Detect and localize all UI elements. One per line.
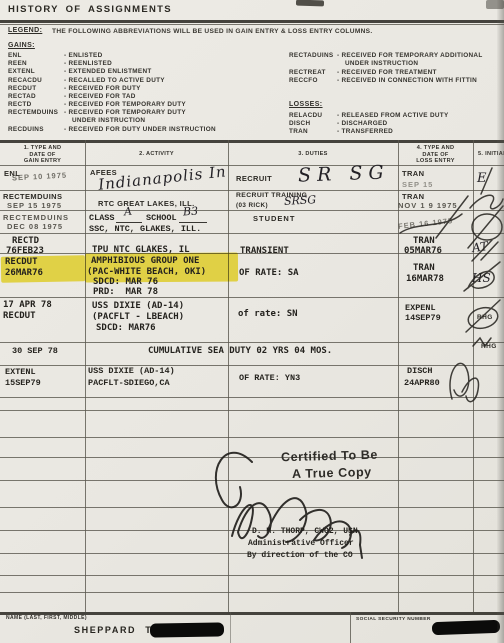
initials-stamp: RHG [477, 314, 493, 321]
rule-horizontal [0, 457, 504, 458]
gain-type: RECDUT [3, 311, 36, 321]
legend-desc: - EXTENDED ENLISTMENT [64, 68, 152, 75]
activity-detail: SDCD: MAR 76 [93, 277, 158, 287]
rule-vertical [85, 140, 86, 612]
activity: USS DIXIE (AD-14) [88, 366, 175, 376]
losses-heading: LOSSES: [289, 101, 323, 108]
legend-desc: UNDER INSTRUCTION [72, 117, 145, 124]
scanned-document: HISTORY OF ASSIGNMENTS LEGEND: THE FOLLO… [0, 0, 504, 643]
handwritten-school: B3 [183, 204, 199, 218]
legend-desc: - RECEIVED FOR TEMPORARY DUTY [64, 101, 186, 108]
certified-stamp-line2: A True Copy [292, 465, 372, 481]
ssn-label: SOCIAL SECURITY NUMBER [356, 617, 431, 622]
legend-abbr: RECTAD [8, 93, 36, 100]
duties: OF RATE: SA [239, 268, 299, 278]
redaction-bar-ssn [432, 620, 500, 635]
handwritten-class: A [123, 205, 132, 219]
rule-horizontal [0, 24, 504, 25]
col-header-gain-entry: GAIN ENTRY [0, 158, 85, 164]
rule-horizontal [0, 410, 504, 411]
legend-abbr: DISCH [289, 120, 310, 127]
col-header-loss-entry: LOSS ENTRY [398, 158, 473, 164]
legend-desc: - RECEIVED FOR DUTY [64, 85, 141, 92]
activity-class-label: CLASS [89, 213, 115, 223]
gain-type: RECTD [12, 236, 39, 246]
col-header-gain-entry: 1. TYPE AND [0, 145, 85, 151]
activity-school-label: SCHOOL [146, 213, 177, 223]
legend-abbr: RECDUT [8, 85, 36, 92]
gain-type: RECDUT [5, 257, 38, 267]
duties: RECRUIT [236, 174, 272, 183]
legend-abbr: RECTD [8, 101, 32, 108]
initials-handwritten: AT [471, 239, 489, 255]
rule-horizontal [0, 140, 504, 143]
duties-detail: (03 RICK) [236, 202, 268, 209]
redaction-bar-name [150, 622, 224, 637]
gain-date: 30 SEP 78 [12, 346, 58, 356]
certifying-authority: By direction of the CO [247, 551, 353, 560]
legend-abbr: RECCFO [289, 77, 318, 84]
loss-type: TRAN [402, 169, 424, 178]
date-stamp: NOV 1 9 1975 [398, 201, 458, 210]
cumulative-sea-duty-note: CUMULATIVE SEA DUTY 02 YRS 04 MOS. [148, 346, 332, 356]
legend-desc: - DISCHARGED [337, 120, 387, 127]
rule-horizontal [0, 507, 504, 508]
legend-desc: - TRANSFERRED [337, 128, 393, 135]
col-header-duties: 3. DUTIES [228, 151, 398, 157]
scan-smudge [296, 0, 324, 6]
col-header-activity: 2. ACTIVITY [85, 151, 228, 157]
gain-date: 15SEP79 [5, 378, 41, 388]
signature-row8 [450, 363, 469, 399]
scan-smudge-corner [486, 0, 504, 9]
rule-horizontal [0, 297, 504, 298]
rule-horizontal [0, 233, 504, 234]
loss-date: 05MAR76 [404, 246, 442, 256]
rule-horizontal [0, 592, 504, 593]
rule-horizontal [0, 165, 504, 166]
initials-stamp: RHG [481, 343, 497, 350]
rule-horizontal [0, 190, 504, 191]
activity-detail: SDCD: MAR76 [96, 323, 156, 333]
legend-desc: - RELEASED FROM ACTIVE DUTY [337, 112, 449, 119]
loss-type: TRAN [413, 236, 435, 246]
date-stamp: SEP 15 [402, 180, 433, 189]
rule-vertical [350, 612, 351, 643]
duties: STUDENT [253, 214, 295, 223]
loss-type: TRAN [413, 263, 435, 273]
activity: (PAC-WHITE BEACH, OKI) [87, 267, 206, 277]
legend-note: THE FOLLOWING ABBREVIATIONS WILL BE USED… [52, 28, 373, 35]
certifying-officer-name: D. M. THORP, CWO2, USN [252, 527, 358, 536]
legend-abbr: RECDUINS [8, 126, 44, 133]
date-stamp: SEP 15 1975 [7, 201, 62, 210]
legend-abbr: RECTADUINS [289, 52, 333, 59]
legend-desc: - RECALLED TO ACTIVE DUTY [64, 77, 165, 84]
certifying-officer-role: Administrative Officer [248, 539, 354, 548]
legend-abbr: RECTEMDUINS [8, 109, 58, 116]
handwritten-duties: SRSG [284, 193, 317, 208]
legend-desc: - REENLISTED [64, 60, 112, 67]
handwritten-duties: SR SG [298, 161, 390, 186]
activity: SSC, NTC, GLAKES, ILL. [89, 224, 201, 234]
loss-type: EXPENL [405, 303, 436, 313]
legend-desc: - RECEIVED FOR DUTY UNDER INSTRUCTION [64, 126, 216, 133]
date-stamp: FEB 16 1975 [398, 216, 454, 231]
gain-type: RECTEMDUINS [3, 192, 62, 201]
activity-detail: PRD: MAR 78 [93, 287, 158, 297]
loss-type: DISCH [407, 366, 433, 376]
legend-desc: - RECEIVED FOR TREATMENT [337, 69, 437, 76]
legend-label: LEGEND: [8, 27, 42, 34]
loss-date: 16MAR78 [406, 274, 444, 284]
legend-abbr: RELACDU [289, 112, 322, 119]
initials-handwritten: E [477, 171, 487, 186]
date-stamp: SEP 10 1975 [12, 171, 67, 183]
rule-horizontal [0, 480, 504, 481]
legend-abbr: REEN [8, 60, 27, 67]
col-header-loss-entry: DATE OF [398, 152, 473, 158]
initials-handwritten: HS [472, 271, 491, 285]
rule-horizontal [0, 397, 504, 398]
gain-type: EXTENL [5, 367, 36, 377]
legend-desc: - RECEIVED FOR TAD [64, 93, 136, 100]
duties: OF RATE: YN3 [239, 373, 300, 383]
rule-horizontal [0, 342, 504, 343]
legend-desc: UNDER INSTRUCTION [345, 60, 418, 67]
legend-abbr: TRAN [289, 128, 308, 135]
legend-desc: - RECEIVED IN CONNECTION WITH FITTIN [337, 77, 477, 84]
certified-stamp-line1: Certified To Be [281, 448, 378, 465]
duties: TRANSIENT [240, 246, 289, 256]
activity: TPU NTC GLAKES, IL [92, 245, 190, 255]
rule-horizontal [0, 437, 504, 438]
activity: (PACFLT - LBEACH) [92, 312, 184, 322]
rule-vertical [230, 612, 231, 643]
rule-horizontal [0, 20, 504, 23]
rule-vertical [398, 140, 399, 612]
date-stamp: DEC 08 1975 [7, 222, 63, 231]
rule-vertical [228, 140, 229, 612]
loss-type: TRAN [402, 192, 424, 201]
legend-desc: - ENLISTED [64, 52, 103, 59]
gain-type: RECTEMDUINS [3, 213, 69, 222]
page-title: HISTORY OF ASSIGNMENTS [8, 4, 172, 15]
gain-date: 26MAR76 [5, 268, 43, 278]
rule-vertical [473, 140, 474, 612]
scan-edge-shadow [497, 0, 504, 643]
name-label: NAME (LAST, FIRST, MIDDLE) [6, 615, 87, 621]
loss-date: 24APR80 [404, 378, 440, 388]
legend-desc: - RECEIVED FOR TEMPORARY DUTY [64, 109, 186, 116]
col-header-loss-entry: 4. TYPE AND [398, 145, 473, 151]
legend-desc: - RECEIVED FOR TEMPORARY ADDITIONAL [337, 52, 483, 59]
col-header-gain-entry: DATE OF [0, 152, 85, 158]
legend-abbr: RECACDU [8, 77, 42, 84]
rule-horizontal [0, 210, 504, 211]
activity: RTC GREAT LAKES, ILL. [98, 199, 195, 208]
gain-date: 17 APR 78 [3, 300, 52, 310]
loss-date: 14SEP79 [405, 313, 441, 323]
activity: PACFLT-SDIEGO,CA [88, 378, 170, 388]
activity: AMPHIBIOUS GROUP ONE [91, 256, 199, 266]
gain-date: 76FEB23 [6, 246, 44, 256]
legend-abbr: RECTREAT [289, 69, 326, 76]
rule-horizontal [0, 575, 504, 576]
signature-row8b [462, 378, 479, 402]
gains-heading: GAINS: [8, 42, 35, 49]
activity: USS DIXIE (AD-14) [92, 301, 184, 311]
legend-abbr: ENL [8, 52, 22, 59]
duties: of rate: SN [238, 309, 298, 319]
legend-abbr: EXTENL [8, 68, 35, 75]
